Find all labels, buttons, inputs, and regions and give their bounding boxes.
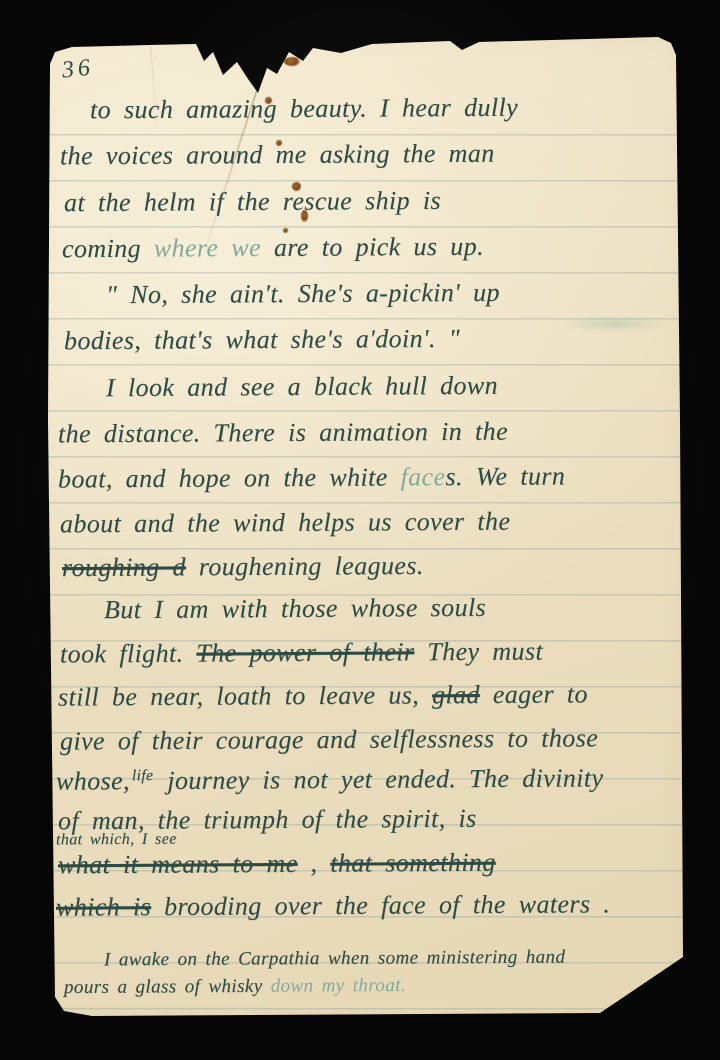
manuscript-scan: 36 to such amazing beauty. I hear dullyt… (0, 0, 720, 1060)
paper-sheet: 36 to such amazing beauty. I hear dullyt… (0, 0, 720, 1060)
paper-vignette (0, 0, 720, 1060)
